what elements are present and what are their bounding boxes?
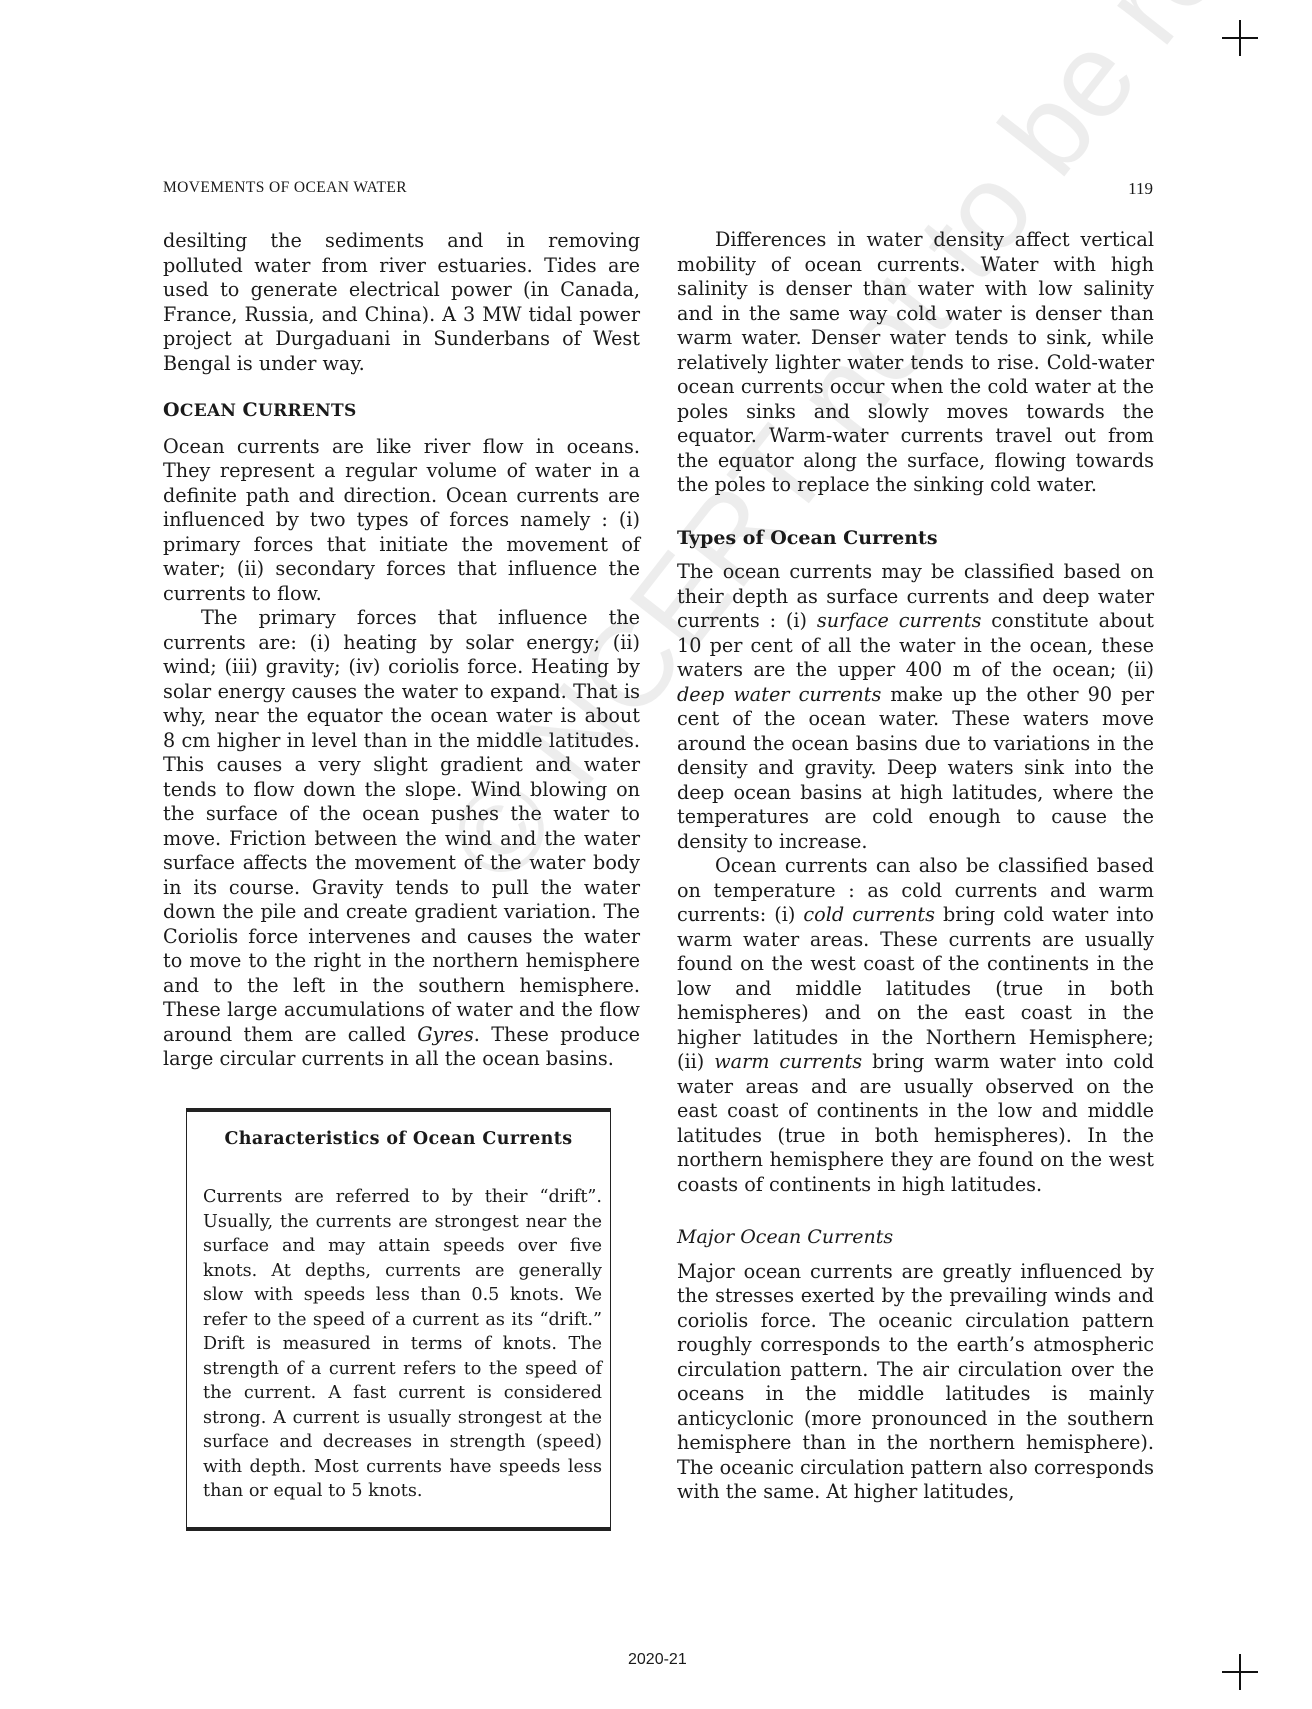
section-heading-ocean-currents: OCEAN CURRENTS xyxy=(163,398,640,424)
running-title: MOVEMENTS OF OCEAN WATER xyxy=(163,179,407,197)
heading-initial: O xyxy=(163,399,180,421)
footer-year: 2020-21 xyxy=(628,1651,687,1669)
left-column: desilting the sediments and in removing … xyxy=(163,229,640,1072)
crop-mark-top-right-icon xyxy=(1222,20,1258,56)
italic-term: warm currents xyxy=(714,1050,862,1073)
italic-term: surface currents xyxy=(817,609,982,632)
text-run: bring cold water into warm water areas. … xyxy=(677,903,1154,1073)
paragraph-depth-classification: The ocean currents may be classified bas… xyxy=(677,560,1154,854)
italic-term: deep water currents xyxy=(677,683,881,706)
right-column: Differences in water density affect vert… xyxy=(677,228,1154,1505)
crop-mark-bottom-right-icon xyxy=(1222,1654,1258,1690)
text-run: The primary forces that influence the cu… xyxy=(163,606,640,1046)
paragraph-water-density: Differences in water density affect vert… xyxy=(677,228,1154,498)
page-number: 119 xyxy=(1100,179,1153,199)
paragraph-temperature-classification: Ocean currents can also be classified ba… xyxy=(677,854,1154,1197)
paragraph-primary-forces: The primary forces that influence the cu… xyxy=(163,606,640,1072)
intro-paragraph: desilting the sediments and in removing … xyxy=(163,229,640,376)
heading-types-of-ocean-currents: Types of Ocean Currents xyxy=(677,526,1154,551)
paragraph-major-currents: Major ocean currents are greatly influen… xyxy=(677,1260,1154,1505)
box-body: Currents are referred to by their “drift… xyxy=(203,1185,602,1504)
paragraph-ocean-currents-definition: Ocean currents are like river flow in oc… xyxy=(163,435,640,607)
heading-initial: C xyxy=(243,399,258,421)
text-run: make up the other 90 per cent of the oce… xyxy=(677,683,1154,853)
heading-major-ocean-currents: Major Ocean Currents xyxy=(677,1225,1154,1250)
heading-part: URRENTS xyxy=(258,401,357,421)
characteristics-sidebar-box: Characteristics of Ocean Currents Curren… xyxy=(186,1108,611,1531)
heading-part: CEAN xyxy=(180,401,243,421)
italic-term-gyres: Gyres xyxy=(417,1023,474,1046)
italic-term: cold currents xyxy=(803,903,935,926)
box-title: Characteristics of Ocean Currents xyxy=(187,1129,610,1149)
